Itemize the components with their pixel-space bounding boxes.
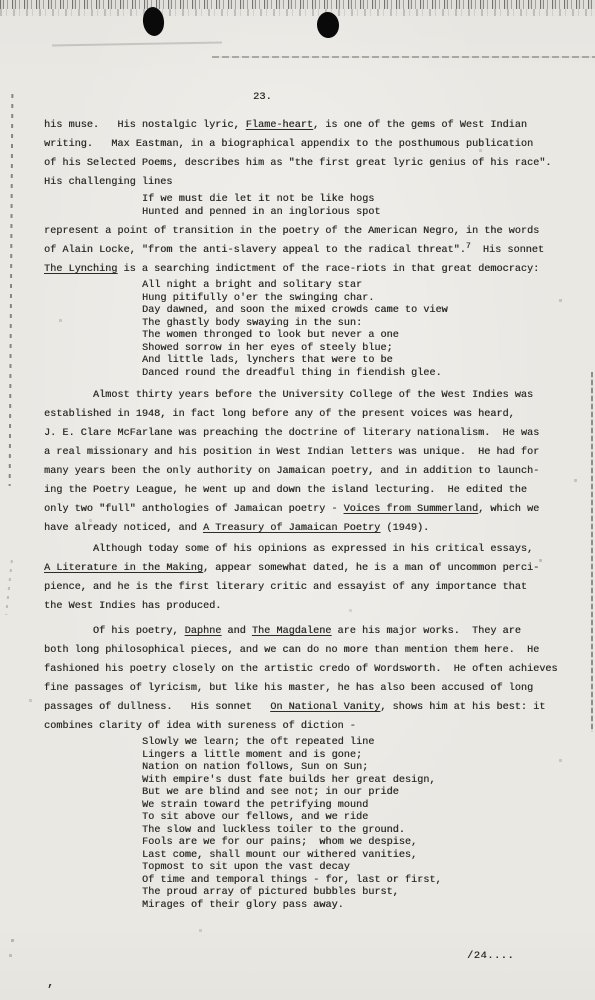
underlined-title: Flame-heart bbox=[246, 120, 313, 131]
text-segment: , is one of the gems of West Indian bbox=[313, 120, 527, 131]
text-line: If we must die let it not be like hogs bbox=[142, 194, 564, 207]
text-segment: Showed sorrow in her eyes of steely blue… bbox=[142, 343, 393, 354]
text-line: Showed sorrow in her eyes of steely blue… bbox=[142, 343, 564, 356]
text-line: Fools are we for our pains; whom we desp… bbox=[142, 837, 564, 850]
next-page-catchword: /24.... bbox=[467, 950, 514, 962]
text-segment: Slowly we learn; the oft repeated line bbox=[142, 737, 374, 748]
text-line: We strain toward the petrifying mound bbox=[142, 800, 564, 813]
text-line: ing the Poetry League, he went up and do… bbox=[44, 481, 564, 500]
text-segment: passages of dullness. His sonnet bbox=[44, 702, 270, 713]
poem-quote: If we must die let it not be like hogsHu… bbox=[142, 194, 564, 219]
text-line: Last come, shall mount our withered vani… bbox=[142, 850, 564, 863]
text-line: a real missionary and his position in We… bbox=[44, 443, 564, 462]
text-segment: of his Selected Poems, describes him as … bbox=[44, 158, 551, 169]
text-line: J. E. Clare McFarlane was preaching the … bbox=[44, 424, 564, 443]
scanned-typescript-page: 23. his muse. His nostalgic lyric, Flame… bbox=[0, 0, 595, 1000]
text-line: Danced round the dreadful thing in fiend… bbox=[142, 368, 564, 381]
text-segment: both long philosophical pieces, and we c… bbox=[44, 645, 539, 656]
scan-noise-band-faint bbox=[0, 9, 595, 16]
text-segment: Almost thirty years before the Universit… bbox=[44, 390, 533, 401]
text-line: fine passages of lyricism, but like his … bbox=[44, 679, 564, 698]
scan-streak bbox=[52, 42, 222, 47]
text-segment: and bbox=[221, 626, 252, 637]
text-segment: Hunted and penned in an inglorious spot bbox=[142, 207, 380, 218]
text-line: represent a point of transition in the p… bbox=[44, 222, 564, 241]
text-segment: (1949). bbox=[380, 523, 429, 534]
text-line: both long philosophical pieces, and we c… bbox=[44, 641, 564, 660]
text-line: Almost thirty years before the Universit… bbox=[44, 386, 564, 405]
text-line: Lingers a little moment and is gone; bbox=[142, 750, 564, 763]
underlined-title: A Literature in the Making bbox=[44, 563, 203, 574]
text-segment: But we are blind and see not; in our pri… bbox=[142, 787, 399, 798]
page-number: 23. bbox=[253, 91, 272, 103]
text-segment: Danced round the dreadful thing in fiend… bbox=[142, 368, 442, 379]
text-segment: combines clarity of idea with sureness o… bbox=[44, 721, 356, 732]
text-line: Hung pitifully o'er the swinging char. bbox=[142, 293, 564, 306]
text-segment: writing. Max Eastman, in a biographical … bbox=[44, 139, 533, 150]
text-segment: And little lads, lynchers that were to b… bbox=[142, 355, 393, 366]
text-segment: , appear somewhat dated, he is a man of … bbox=[203, 563, 539, 574]
text-segment: is a searching indictment of the race-ri… bbox=[117, 264, 539, 275]
text-line: Slowly we learn; the oft repeated line bbox=[142, 737, 564, 750]
poem-quote: Slowly we learn; the oft repeated lineLi… bbox=[142, 737, 564, 912]
text-line: Mirages of their glory pass away. bbox=[142, 900, 564, 913]
text-segment: To sit above our fellows, and we ride bbox=[142, 812, 368, 823]
text-segment: fashioned his poetry closely on the arti… bbox=[44, 664, 558, 675]
text-segment: have already noticed, and bbox=[44, 523, 203, 534]
text-line: fashioned his poetry closely on the arti… bbox=[44, 660, 564, 679]
underlined-title: A Treasury of Jamaican Poetry bbox=[203, 523, 380, 534]
text-segment: many years been the only authority on Ja… bbox=[44, 466, 539, 477]
text-line: Nation on nation follows, Sun on Sun; bbox=[142, 762, 564, 775]
text-line: Day dawned, and soon the mixed crowds ca… bbox=[142, 305, 564, 318]
prose-paragraph: his muse. His nostalgic lyric, Flame-hea… bbox=[44, 116, 564, 192]
prose-paragraph: Almost thirty years before the Universit… bbox=[44, 386, 564, 538]
text-segment: Topmost to sit upon the vast decay bbox=[142, 862, 350, 873]
right-edge-scan-line bbox=[591, 372, 593, 732]
text-line: Of time and temporal things - for, last … bbox=[142, 875, 564, 888]
text-segment: We strain toward the petrifying mound bbox=[142, 800, 368, 811]
left-edge-scan-line bbox=[5, 560, 13, 615]
prose-paragraph: represent a point of transition in the p… bbox=[44, 222, 564, 279]
text-line: of Alain Locke, "from the anti-slavery a… bbox=[44, 241, 564, 260]
text-segment: , shows him at his best: it bbox=[380, 702, 545, 713]
text-segment: His challenging lines bbox=[44, 177, 172, 188]
text-line: the West Indies has produced. bbox=[44, 597, 564, 616]
text-line: All night a bright and solitary star bbox=[142, 280, 564, 293]
poem-quote: All night a bright and solitary starHung… bbox=[142, 280, 564, 380]
document-body: his muse. His nostalgic lyric, Flame-hea… bbox=[44, 116, 564, 912]
text-line: combines clarity of idea with sureness o… bbox=[44, 717, 564, 736]
text-segment: Of time and temporal things - for, last … bbox=[142, 875, 442, 886]
underlined-title: Daphne bbox=[185, 626, 222, 637]
text-segment: Of his poetry, bbox=[44, 626, 185, 637]
text-segment: a real missionary and his position in We… bbox=[44, 447, 539, 458]
text-line: The ghastly body swaying in the sun: bbox=[142, 318, 564, 331]
text-segment: fine passages of lyricism, but like his … bbox=[44, 683, 533, 694]
text-segment: All night a bright and solitary star bbox=[142, 280, 362, 291]
text-line: Topmost to sit upon the vast decay bbox=[142, 862, 564, 875]
paper-specks bbox=[0, 0, 1, 1]
text-line: A Literature in the Making, appear somew… bbox=[44, 559, 564, 578]
text-segment: , which we bbox=[478, 504, 539, 515]
text-segment: the West Indies has produced. bbox=[44, 601, 221, 612]
text-segment: his muse. His nostalgic lyric, bbox=[44, 120, 246, 131]
text-line: established in 1948, in fact long before… bbox=[44, 405, 564, 424]
text-line: have already noticed, and A Treasury of … bbox=[44, 519, 564, 538]
text-line: pience, and he is the first literary cri… bbox=[44, 578, 564, 597]
text-segment: With empire's dust fate builds her great… bbox=[142, 775, 435, 786]
text-line: And little lads, lynchers that were to b… bbox=[142, 355, 564, 368]
text-line: To sit above our fellows, and we ride bbox=[142, 812, 564, 825]
text-segment: The slow and luckless toiler to the grou… bbox=[142, 825, 405, 836]
underlined-title: The Lynching bbox=[44, 264, 117, 275]
footnote-superscript: 7 bbox=[466, 242, 471, 251]
text-segment: The ghastly body swaying in the sun: bbox=[142, 318, 362, 329]
text-segment: of Alain Locke, "from the anti-slavery a… bbox=[44, 245, 466, 256]
text-segment: Day dawned, and soon the mixed crowds ca… bbox=[142, 305, 448, 316]
prose-paragraph: Of his poetry, Daphne and The Magdalene … bbox=[44, 622, 564, 736]
scan-noise-band bbox=[0, 0, 595, 9]
text-segment: Mirages of their glory pass away. bbox=[142, 900, 344, 911]
stray-ink-mark: , bbox=[47, 976, 54, 990]
text-line: Hunted and penned in an inglorious spot bbox=[142, 207, 564, 220]
text-line: writing. Max Eastman, in a biographical … bbox=[44, 135, 564, 154]
text-segment: Last come, shall mount our withered vani… bbox=[142, 850, 417, 861]
underlined-title: On National Vanity bbox=[270, 702, 380, 713]
text-line: The slow and luckless toiler to the grou… bbox=[142, 825, 564, 838]
text-segment: established in 1948, in fact long before… bbox=[44, 409, 515, 420]
underlined-title: Voices from Summerland bbox=[344, 504, 479, 515]
text-segment: Although today some of his opinions as e… bbox=[44, 544, 533, 555]
text-segment: pience, and he is the first literary cri… bbox=[44, 582, 527, 593]
text-line: The Lynching is a searching indictment o… bbox=[44, 260, 564, 279]
text-line: his muse. His nostalgic lyric, Flame-hea… bbox=[44, 116, 564, 135]
text-segment: only two "full" anthologies of Jamaican … bbox=[44, 504, 344, 515]
text-line: of his Selected Poems, describes him as … bbox=[44, 154, 564, 173]
text-line: Of his poetry, Daphne and The Magdalene … bbox=[44, 622, 564, 641]
text-line: The proud array of pictured bubbles burs… bbox=[142, 887, 564, 900]
text-segment: are his major works. They are bbox=[331, 626, 521, 637]
prose-paragraph: Although today some of his opinions as e… bbox=[44, 540, 564, 616]
text-line: The women thronged to look but never a o… bbox=[142, 330, 564, 343]
text-segment: Hung pitifully o'er the swinging char. bbox=[142, 293, 374, 304]
underlined-title: The Magdalene bbox=[252, 626, 331, 637]
text-segment: The women thronged to look but never a o… bbox=[142, 330, 399, 341]
text-segment: Fools are we for our pains; whom we desp… bbox=[142, 837, 417, 848]
text-line: many years been the only authority on Ja… bbox=[44, 462, 564, 481]
text-segment: Nation on nation follows, Sun on Sun; bbox=[142, 762, 368, 773]
text-line: only two "full" anthologies of Jamaican … bbox=[44, 500, 564, 519]
text-segment: J. E. Clare McFarlane was preaching the … bbox=[44, 428, 539, 439]
text-segment: If we must die let it not be like hogs bbox=[142, 194, 374, 205]
text-segment: The proud array of pictured bubbles burs… bbox=[142, 887, 399, 898]
text-line: His challenging lines bbox=[44, 173, 564, 192]
text-line: Although today some of his opinions as e… bbox=[44, 540, 564, 559]
left-edge-scan-line bbox=[9, 94, 14, 486]
text-segment: ing the Poetry League, he went up and do… bbox=[44, 485, 527, 496]
text-segment: Lingers a little moment and is gone; bbox=[142, 750, 362, 761]
text-line: But we are blind and see not; in our pri… bbox=[142, 787, 564, 800]
text-segment: represent a point of transition in the p… bbox=[44, 226, 539, 237]
scan-streak bbox=[212, 56, 595, 58]
text-segment: His sonnet bbox=[471, 245, 544, 256]
text-line: passages of dullness. His sonnet On Nati… bbox=[44, 698, 564, 717]
text-line: With empire's dust fate builds her great… bbox=[142, 775, 564, 788]
